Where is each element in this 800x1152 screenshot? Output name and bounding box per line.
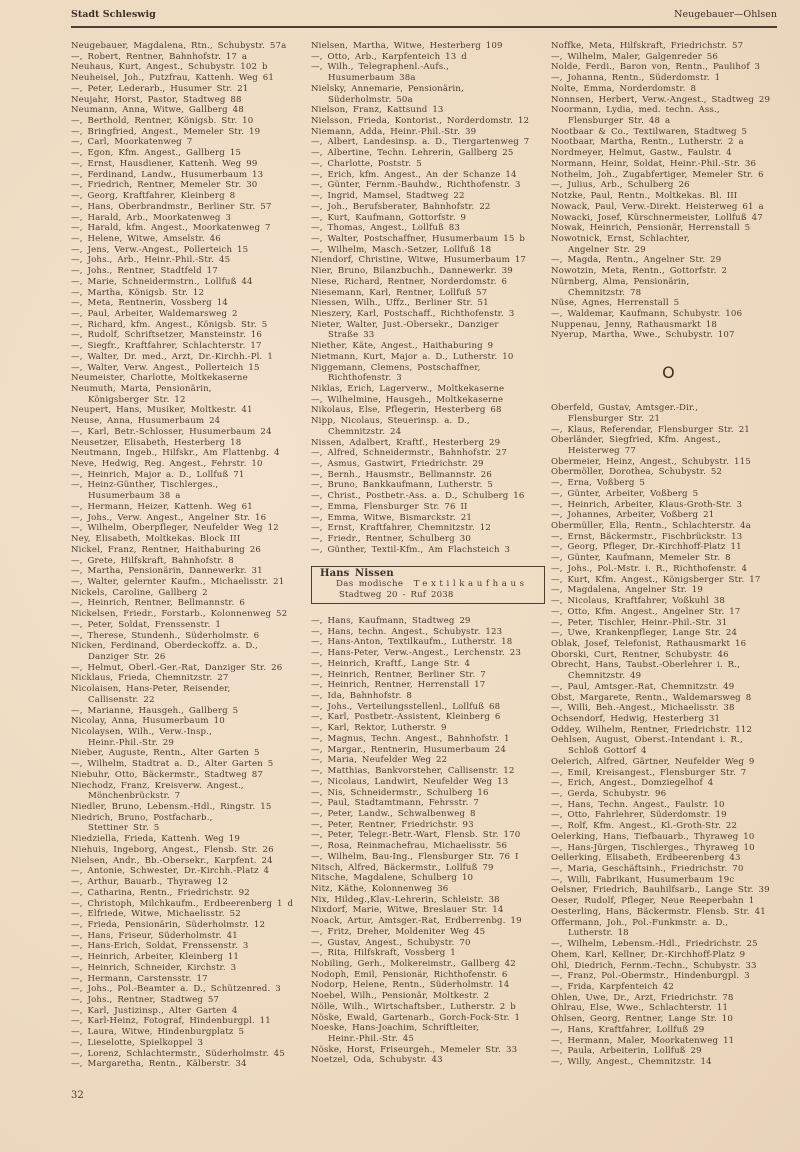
directory-entry: —, Kurt, Kaufmann, Gottorfstr. 9 bbox=[311, 213, 546, 224]
entry-text: Neusetzer, Elisabeth, Hesterberg 18 bbox=[71, 438, 241, 448]
entry-text: Nölle, Wilh., Wirtschaftsber., Lutherstr… bbox=[311, 1002, 516, 1012]
directory-entry: —, Hans-Peter, Verw.-Angest., Lerchenstr… bbox=[311, 648, 546, 659]
directory-entry: Nowack, Paul, Verw.-Direkt. Heisterweg 6… bbox=[551, 202, 786, 213]
column-3: Noffke, Meta, Hilfskraft, Friedrichstr. … bbox=[551, 41, 786, 1068]
entry-text: Oehlsen, August, Oberst.-Intendant i. R.… bbox=[551, 735, 743, 745]
directory-entry: —, Johs., Pol.-Beamter a. D., Schützenre… bbox=[71, 984, 306, 995]
entry-text: Nowacki, Josef, Kürschnermeister, Lollfu… bbox=[551, 213, 763, 223]
directory-entry: —, Emma, Flensburger Str. 76 II bbox=[311, 502, 546, 513]
directory-entry: —, Frida, Karpfenteich 42 bbox=[551, 982, 786, 993]
directory-entry: Neumeister, Charlotte, Moltkekaserne bbox=[71, 373, 306, 384]
directory-entry: —, Walter, Postschaffner, Husumerbaum 15… bbox=[311, 234, 546, 245]
ad-tagline-spaced: Textilkaufhaus bbox=[414, 579, 528, 589]
directory-entry: —, Wilhelm, Stadtrat a. D., Alter Garten… bbox=[71, 759, 306, 770]
entry-text: —, Maria, Geschäftsinh., Friedrichstr. 7… bbox=[551, 864, 744, 874]
ad-address: Stadtweg 20 - Ruf 2038 bbox=[320, 590, 538, 601]
directory-entry: —, Paula, Arbeiterin, Lollfuß 29 bbox=[551, 1046, 786, 1057]
entry-text: —, Johs., Verteilungsstellenl., Lollfuß … bbox=[311, 702, 500, 712]
entry-text: Nitsche, Magdalene, Schulberg 10 bbox=[311, 873, 473, 883]
directory-entry: —, Willy, Angest., Chemnitzstr. 14 bbox=[551, 1057, 786, 1068]
entry-text: —, Richard, kfm. Angest., Königsb. Str. … bbox=[71, 320, 267, 330]
entry-text: —, Antonie, Schwester, Dr.-Kirchh.-Platz… bbox=[71, 866, 269, 876]
directory-entry: —, Günther, Textil-Kfm., Am Flachsteich … bbox=[311, 545, 546, 556]
entry-text: —, Friedrich, Rentner, Memeler Str. 30 bbox=[71, 180, 257, 190]
entry-text: —, Georg, Kraftfahrer, Kleinberg 8 bbox=[71, 191, 235, 201]
directory-entry: —, Peter, Rentner, Friedrichstr. 93 bbox=[311, 820, 546, 831]
directory-entry: Niedler, Bruno, Lebensm.-Hdl., Ringstr. … bbox=[71, 802, 306, 813]
directory-entry: —, Nicolaus, Landwirt, Neufelder Weg 13 bbox=[311, 777, 546, 788]
entry-text: —, Willy, Angest., Chemnitzstr. 14 bbox=[551, 1057, 712, 1067]
entry-text: —, Emil, Kreisangest., Flensburger Str. … bbox=[551, 768, 746, 778]
entry-text: —, Walter, Verw. Angest., Pollerteich 15 bbox=[71, 363, 260, 373]
directory-entry: Oeser, Rudolf, Pfleger, Neue Reeperbahn … bbox=[551, 896, 786, 907]
entry-text: —, Walter, Dr. med., Arzt, Dr.-Kirchh.-P… bbox=[71, 352, 273, 362]
entry-text: —, Peter, Telegr.-Betr.-Wart, Flensb. St… bbox=[311, 830, 520, 840]
directory-entry: Neujahr, Horst, Pastor, Stadtweg 88 bbox=[71, 95, 306, 106]
entry-text: —, Hermann, Heizer, Kattenh. Weg 61 bbox=[71, 502, 253, 512]
directory-entry: —, Walter, Verw. Angest., Pollerteich 15 bbox=[71, 363, 306, 374]
directory-entry: Nickels, Caroline, Gallberg 2 bbox=[71, 588, 306, 599]
directory-entry: Niebuhr, Otto, Bäckermstr., Stadtweg 87 bbox=[71, 770, 306, 781]
directory-entry: Niemann, Adda, Heinr.-Phil.-Str. 39 bbox=[311, 127, 546, 138]
directory-entry: Niether, Käte, Angest., Haithaburing 9 bbox=[311, 341, 546, 352]
entry-text: Neupert, Hans, Musiker, Moltkestr. 41 bbox=[71, 405, 253, 415]
entry-text: Oelerich, Alfred, Gärtner, Neufelder Weg… bbox=[551, 757, 755, 767]
entry-text: Niedziella, Frieda, Kattenh. Weg 19 bbox=[71, 834, 240, 844]
directory-entry: —, Thomas, Angest., Lollfuß 83 bbox=[311, 223, 546, 234]
entry-text: —, Johs., Rentner, Stadtweg 57 bbox=[71, 995, 219, 1005]
entry-text: Nielsen, Martha, Witwe, Hesterberg 109 bbox=[311, 41, 503, 51]
entry-text: —, Paul, Arbeiter, Waldemarsweg 2 bbox=[71, 309, 238, 319]
directory-entry: Nissen, Adalbert, Kraftf., Hesterberg 29 bbox=[311, 438, 546, 449]
entry-continuation: Danziger Str. 26 bbox=[71, 652, 306, 663]
entry-text: —, Hans, Kraftfahrer, Lollfuß 29 bbox=[551, 1025, 704, 1035]
directory-entry: Oehlsen, August, Oberst.-Intendant i. R.… bbox=[551, 735, 786, 756]
directory-entry: —, Marie, Schneidermstrn., Lollfuß 44 bbox=[71, 277, 306, 288]
directory-entry: Nolte, Emma, Norderdomstr. 8 bbox=[551, 84, 786, 95]
entry-text: —, Otto, Kfm. Angest., Angelner Str. 17 bbox=[551, 607, 741, 617]
entry-text: Nürnberg, Alma, Pensionärin, bbox=[551, 277, 689, 287]
entry-text: Obst, Margarete, Rentn., Waldemarsweg 8 bbox=[551, 693, 751, 703]
directory-entry: —, Wilhelm, Maler, Galgenreder 56 bbox=[551, 52, 786, 63]
directory-entry: Niechodz, Franz, Kreisverw. Angest.,Mönc… bbox=[71, 781, 306, 802]
directory-entry: —, Heinrich, Rentner, Berliner Str. 7 bbox=[311, 670, 546, 681]
entry-continuation: Richthofenstr. 3 bbox=[311, 373, 546, 384]
directory-entry: Noebel, Wilh., Pensionär, Moltkestr. 2 bbox=[311, 991, 546, 1002]
entry-text: —, Rolf, Kfm. Angest., Kl.-Groth-Str. 22 bbox=[551, 821, 737, 831]
directory-entry: —, Ingrid, Mamsel, Stadtweg 22 bbox=[311, 191, 546, 202]
entry-text: Noebel, Wilh., Pensionär, Moltkestr. 2 bbox=[311, 991, 489, 1001]
directory-entry: Nieber, Auguste, Rentn., Alter Garten 5 bbox=[71, 748, 306, 759]
entry-text: Obermüller, Ella, Rentn., Schlachterstr.… bbox=[551, 521, 751, 531]
directory-entry: —, Richard, kfm. Angest., Königsb. Str. … bbox=[71, 320, 306, 331]
entry-text: Ohlen, Uwe, Dr., Arzt, Friedrichstr. 78 bbox=[551, 993, 733, 1003]
entry-continuation: Lutherstr. 18 bbox=[551, 928, 786, 939]
entry-list: Oberfeld, Gustav, Amtsger.-Dir.,Flensbur… bbox=[551, 403, 786, 1068]
directory-entry: —, Uwe, Krankenpfleger, Lange Str. 24 bbox=[551, 628, 786, 639]
entry-text: Nixdorf, Marie, Witwe, Breslauer Str. 14 bbox=[311, 905, 504, 915]
entry-text: Nicklaus, Frieda, Chemnitzstr. 27 bbox=[71, 673, 229, 683]
directory-entry: —, Heinrich, Rentner, Bellmannstr. 6 bbox=[71, 598, 306, 609]
entry-text: Nickel, Franz, Rentner, Haithaburing 26 bbox=[71, 545, 261, 555]
directory-entry: —, Emil, Kreisangest., Flensburger Str. … bbox=[551, 768, 786, 779]
entry-text: Neumann, Anna, Witwe, Gallberg 48 bbox=[71, 105, 244, 115]
directory-entry: —, Jens, Verw.-Angest., Pollerteich 15 bbox=[71, 245, 306, 256]
entry-text: Nietmann, Kurt, Major a. D., Lutherstr. … bbox=[311, 352, 514, 362]
entry-text: —, Peter, Rentner, Friedrichstr. 93 bbox=[311, 820, 474, 830]
directory-entry: —, Georg, Pfleger, Dr.-Kirchhoff-Platz 1… bbox=[551, 542, 786, 553]
header-rule bbox=[71, 26, 777, 28]
directory-entry: Nieszery, Karl, Postschaff., Richthofens… bbox=[311, 309, 546, 320]
entry-text: Nielsson, Frieda, Kontorist., Norderdoms… bbox=[311, 116, 529, 126]
directory-entry: Nielsky, Annemarie, Pensionärin,Süderhol… bbox=[311, 84, 546, 105]
directory-entry: —, Wilhelm, Oberpfleger, Neufelder Weg 1… bbox=[71, 523, 306, 534]
directory-entry: —, Friedr., Rentner, Schulberg 30 bbox=[311, 534, 546, 545]
directory-entry: —, Ferdinand, Landw., Husumerbaum 13 bbox=[71, 170, 306, 181]
entry-text: —, Wilhelm, Masch.-Setzer, Lollfuß 18 bbox=[311, 245, 491, 255]
directory-entry: —, Laura, Witwe, Hindenburgplatz 5 bbox=[71, 1027, 306, 1038]
directory-entry: Nothelm, Joh., Zugabfertiger, Memeler St… bbox=[551, 170, 786, 181]
entry-text: Nicolaysen, Wilh., Verw.-Insp., bbox=[71, 727, 212, 737]
entry-text: —, Johs., Arb., Heinr.-Phil.-Str. 45 bbox=[71, 255, 230, 265]
directory-entry: Oelsner, Friedrich, Bauhilfsarb., Lange … bbox=[551, 885, 786, 896]
entry-continuation: Straße 33 bbox=[311, 330, 546, 341]
directory-entry: —, Joh., Berufsberater, Bahnhofstr. 22 bbox=[311, 202, 546, 213]
directory-entry: —, Karl, Betr.-Schlosser, Husumerbaum 24 bbox=[71, 427, 306, 438]
directory-entry: —, Julius, Arb., Schulberg 26 bbox=[551, 180, 786, 191]
directory-entry: —, Grete, Hilfskraft, Bahnhofstr. 8 bbox=[71, 556, 306, 567]
entry-text: —, Günter, Arbeiter, Voßberg 5 bbox=[551, 489, 698, 499]
entry-text: —, Hans, Techn. Angest., Faulstr. 10 bbox=[551, 800, 725, 810]
directory-entry: —, Frieda, Pensionärin, Süderholmstr. 12 bbox=[71, 920, 306, 931]
entry-text: Nowotzin, Meta, Rentn., Gottorfstr. 2 bbox=[551, 266, 727, 276]
directory-entry: —, Hermann, Heizer, Kattenh. Weg 61 bbox=[71, 502, 306, 513]
header-city: Stadt Schleswig bbox=[71, 9, 156, 20]
entry-text: Normann, Heinr, Soldat, Heinr.-Phil.-Str… bbox=[551, 159, 756, 169]
entry-text: —, Emma, Witwe, Bismarckstr. 21 bbox=[311, 513, 472, 523]
entry-text: —, Peter, Tischler, Heinr.-Phil.-Str. 31 bbox=[551, 618, 727, 628]
directory-entry: —, Marianne, Hausgeh., Gallberg 5 bbox=[71, 706, 306, 717]
directory-entry: —, Harald, kfm. Angest., Moorkatenweg 7 bbox=[71, 223, 306, 234]
entry-text: Nothelm, Joh., Zugabfertiger, Memeler St… bbox=[551, 170, 764, 180]
entry-text: —, Georg, Pfleger, Dr.-Kirchhoff-Platz 1… bbox=[551, 542, 742, 552]
directory-entry: —, Fritz, Dreher, Moldeniter Weg 45 bbox=[311, 927, 546, 938]
directory-entry: Niggemann, Clemens, Postschaffner,Richth… bbox=[311, 363, 546, 384]
entry-text: —, Peter, Lederarb., Husumer Str. 21 bbox=[71, 84, 248, 94]
directory-entry: Nodorp, Helene, Rentn., Süderholmstr. 14 bbox=[311, 980, 546, 991]
entry-text: —, Helene, Witwe, Amselstr. 46 bbox=[71, 234, 221, 244]
directory-entry: Ohlen, Uwe, Dr., Arzt, Friedrichstr. 78 bbox=[551, 993, 786, 1004]
entry-text: —, Wilhelm, Oberpfleger, Neufelder Weg 1… bbox=[71, 523, 279, 533]
directory-entry: —, Hermann, Carstensstr. 17 bbox=[71, 974, 306, 985]
directory-entry: Obrecht, Hans, Taubst.-Oberlehrer i. R.,… bbox=[551, 660, 786, 681]
entry-text: Neve, Hedwig, Reg. Angest., Fehrstr. 10 bbox=[71, 459, 263, 469]
directory-entry: Niehuis, Ingeborg, Angest., Flensb. Str.… bbox=[71, 845, 306, 856]
directory-entry: —, Hans, Friseur, Süderholmstr. 41 bbox=[71, 931, 306, 942]
entry-text: —, Wilhelmine, Hausgeh., Moltkekaserne bbox=[311, 395, 503, 405]
directory-entry: —, Karl, Justizinsp., Alter Garten 4 bbox=[71, 1006, 306, 1017]
directory-entry: Neusetzer, Elisabeth, Hesterberg 18 bbox=[71, 438, 306, 449]
entry-text: —, Margaretha, Rentn., Kälberstr. 34 bbox=[71, 1059, 247, 1069]
directory-entry: —, Wilhelm, Lebensm.-Hdl., Friedrichstr.… bbox=[551, 939, 786, 950]
directory-entry: —, Otto, Fahrlehrer, Süderdomstr. 19 bbox=[551, 810, 786, 821]
entry-text: —, Hans, Friseur, Süderholmstr. 41 bbox=[71, 931, 238, 941]
directory-entry: —, Karl, Postbetr.-Assistent, Kleinberg … bbox=[311, 712, 546, 723]
directory-entry: —, Walter, Dr. med., Arzt, Dr.-Kirchh.-P… bbox=[71, 352, 306, 363]
directory-entry: Neutmann, Ingeb., Hilfskr., Am Flattenbg… bbox=[71, 448, 306, 459]
entry-text: Oelsner, Friedrich, Bauhilfsarb., Lange … bbox=[551, 885, 770, 895]
directory-entry: —, Hans, Techn. Angest., Faulstr. 10 bbox=[551, 800, 786, 811]
directory-entry: —, Bruno, Bankkaufmann, Lutherstr. 5 bbox=[311, 480, 546, 491]
directory-entry: Neumann, Anna, Witwe, Gallberg 48 bbox=[71, 105, 306, 116]
directory-entry: —, Wilhelm, Masch.-Setzer, Lollfuß 18 bbox=[311, 245, 546, 256]
entry-text: —, Peter, Landw., Schwalbenweg 8 bbox=[311, 809, 476, 819]
directory-entry: —, Carl, Moorkatenweg 7 bbox=[71, 137, 306, 148]
entry-text: —, Johs., Verw. Angest., Angelner Str. 1… bbox=[71, 513, 266, 523]
entry-text: Niedler, Bruno, Lebensm.-Hdl., Ringstr. … bbox=[71, 802, 271, 812]
entry-continuation: Chemnitzstr. 78 bbox=[551, 288, 786, 299]
entry-continuation: Mönchenbrückstr. 7 bbox=[71, 791, 306, 802]
entry-text: Ohem, Karl, Kellner, Dr.-Kirchhoff-Platz… bbox=[551, 950, 745, 960]
entry-text: —, Wilhelm, Stadtrat a. D., Alter Garten… bbox=[71, 759, 273, 769]
directory-entry: —, Antonie, Schwester, Dr.-Kirchh.-Platz… bbox=[71, 866, 306, 877]
directory-entry: —, Maria, Geschäftsinh., Friedrichstr. 7… bbox=[551, 864, 786, 875]
directory-entry: —, Hans, techn. Angest., Schubystr. 123 bbox=[311, 627, 546, 638]
entry-text: —, Karl-Heinz, Fotograf, Hindenburgpl. 1… bbox=[71, 1016, 271, 1026]
directory-entry: —, Lieselotte, Spielkoppel 3 bbox=[71, 1038, 306, 1049]
entry-text: Niklas, Erich, Lagerverw., Moltkekaserne bbox=[311, 384, 504, 394]
entry-text: Ohlrau, Else, Wwe., Schlachterstr. 11 bbox=[551, 1003, 728, 1013]
directory-entry: Nöske, Horst, Friseurgeh., Memeler Str. … bbox=[311, 1045, 546, 1056]
directory-entry: —, Otto, Kfm. Angest., Angelner Str. 17 bbox=[551, 607, 786, 618]
directory-entry: Obst, Margarete, Rentn., Waldemarsweg 8 bbox=[551, 693, 786, 704]
entry-text: Nonnsen, Herbert, Verw.-Angest., Stadtwe… bbox=[551, 95, 770, 105]
entry-text: —, Wilhelm, Bau-Ing., Flensburger Str. 7… bbox=[311, 852, 519, 862]
entry-text: —, Friedr., Rentner, Schulberg 30 bbox=[311, 534, 471, 544]
entry-text: Noeske, Hans-Joachim, Schriftleiter, bbox=[311, 1023, 479, 1033]
directory-entry: —, Johannes, Arbeiter, Voßberg 21 bbox=[551, 510, 786, 521]
entry-text: —, Marianne, Hausgeh., Gallberg 5 bbox=[71, 706, 238, 716]
directory-entry: Niessen, Wilh., Uffz., Berliner Str. 51 bbox=[311, 298, 546, 309]
entry-text: —, Berthold, Rentner, Königsb. Str. 10 bbox=[71, 116, 253, 126]
directory-entry: Noffke, Meta, Hilfskraft, Friedrichstr. … bbox=[551, 41, 786, 52]
entry-text: —, Ingrid, Mamsel, Stadtweg 22 bbox=[311, 191, 465, 201]
directory-entry: Neumuth, Marta, Pensionärin,Königsberger… bbox=[71, 384, 306, 405]
directory-entry: —, Johanna, Rentn., Süderdomstr. 1 bbox=[551, 73, 786, 84]
entry-text: Niessen, Wilh., Uffz., Berliner Str. 51 bbox=[311, 298, 489, 308]
directory-entry: —, Hermann, Maler, Moorkatenweg 11 bbox=[551, 1036, 786, 1047]
ad-business-name: Hans Nissen bbox=[320, 569, 538, 580]
entry-text: Niendorf, Christine, Witwe, Husumerbaum … bbox=[311, 255, 526, 265]
entry-text: —, Magdalena, Angelner Str. 19 bbox=[551, 585, 703, 595]
directory-entry: —, Lorenz, Schlachtermstr., Süderholmstr… bbox=[71, 1049, 306, 1060]
directory-entry: Nootbaar, Martha, Rentn., Lutherstr. 2 a bbox=[551, 137, 786, 148]
entry-text: —, Ernst, Bäckermstr., Fischbrückstr. 13 bbox=[551, 532, 742, 542]
directory-entry: Oellerking, Elisabeth, Erdbeerenberg 43 bbox=[551, 853, 786, 864]
entry-text: —, Albertine, Techn. Lehrerin, Gallberg … bbox=[311, 148, 514, 158]
directory-entry: —, Peter, Tischler, Heinr.-Phil.-Str. 31 bbox=[551, 618, 786, 629]
entry-text: Nieszery, Karl, Postschaff., Richthofens… bbox=[311, 309, 514, 319]
entry-text: Oblak, Josef, Telefonist, Rathausmarkt 1… bbox=[551, 639, 746, 649]
directory-entry: —, Hans, Kraftfahrer, Lollfuß 29 bbox=[551, 1025, 786, 1036]
directory-entry: Nicken, Ferdinand, Oberdeckoffz. a. D.,D… bbox=[71, 641, 306, 662]
entry-text: —, Heinrich, Schneider, Kirchstr. 3 bbox=[71, 963, 236, 973]
directory-entry: Nowak, Heinrich, Pensionär, Herrenstall … bbox=[551, 223, 786, 234]
entry-text: Nootbaar, Martha, Rentn., Lutherstr. 2 a bbox=[551, 137, 744, 147]
directory-entry: Neupert, Hans, Musiker, Moltkestr. 41 bbox=[71, 405, 306, 416]
directory-entry: —, Günter, Fernm.-Bauhdw., Richthofenstr… bbox=[311, 180, 546, 191]
entry-text: —, Walter, gelernter Kaufm., Michaelisst… bbox=[71, 577, 284, 587]
entry-text: —, Karl, Betr.-Schlosser, Husumerbaum 24 bbox=[71, 427, 272, 437]
entry-continuation: Husumerbaum 38a bbox=[311, 73, 546, 84]
directory-entry: —, Arthur, Bauarb., Thyraweg 12 bbox=[71, 877, 306, 888]
entry-text: —, Magda, Rentn., Angelner Str. 29 bbox=[551, 255, 721, 265]
entry-text: —, Paul, Amtsger.-Rat, Chemnitzstr. 49 bbox=[551, 682, 734, 692]
entry-text: —, Bringfried, Angest., Memeler Str. 19 bbox=[71, 127, 260, 137]
entry-text: —, Asmus, Gastwirt, Friedrichstr. 29 bbox=[311, 459, 484, 469]
directory-entry: —, Johs., Arb., Heinr.-Phil.-Str. 45 bbox=[71, 255, 306, 266]
directory-entry: Nöske, Ewald, Gartenarb., Gorch-Fock-Str… bbox=[311, 1013, 546, 1024]
directory-entry: —, Heinrich, Rentner, Herrenstall 17 bbox=[311, 680, 546, 691]
column-1: Neugebauer, Magdalena, Rtn., Schubystr. … bbox=[71, 41, 306, 1070]
directory-entry: —, Matthias, Bankvorsteher, Callisenstr.… bbox=[311, 766, 546, 777]
entry-text: —, Paul, Stadtamtmann, Fehrsstr. 7 bbox=[311, 798, 479, 808]
entry-text: —, Harald, Arb., Moorkatenweg 3 bbox=[71, 213, 231, 223]
directory-entry: Normann, Heinr, Soldat, Heinr.-Phil.-Str… bbox=[551, 159, 786, 170]
directory-entry: Noeske, Hans-Joachim, Schriftleiter,Hein… bbox=[311, 1023, 546, 1044]
directory-entry: —, Friedrich, Rentner, Memeler Str. 30 bbox=[71, 180, 306, 191]
directory-entry: —, Wilhelm, Bau-Ing., Flensburger Str. 7… bbox=[311, 852, 546, 863]
directory-entry: —, Rolf, Kfm. Angest., Kl.-Groth-Str. 22 bbox=[551, 821, 786, 832]
directory-entry: Neuheisel, Joh., Putzfrau, Kattenh. Weg … bbox=[71, 73, 306, 84]
entry-text: Ochsendorf, Hedwig, Hesterberg 31 bbox=[551, 714, 720, 724]
entry-text: Niedrich, Bruno, Postfacharb., bbox=[71, 813, 212, 823]
entry-text: —, Hans, techn. Angest., Schubystr. 123 bbox=[311, 627, 502, 637]
directory-entry: Ohlrau, Else, Wwe., Schlachterstr. 11 bbox=[551, 1003, 786, 1014]
directory-entry: Nicolay, Anna, Husumerbaum 10 bbox=[71, 716, 306, 727]
entry-text: —, Margar., Rentnerin, Husumerbaum 24 bbox=[311, 745, 506, 755]
directory-entry: —, Paul, Stadtamtmann, Fehrsstr. 7 bbox=[311, 798, 546, 809]
directory-entry: Nowotzin, Meta, Rentn., Gottorfstr. 2 bbox=[551, 266, 786, 277]
entry-text: Ohlsen, Georg, Rentner, Lange Str. 10 bbox=[551, 1014, 733, 1024]
entry-text: Nicken, Ferdinand, Oberdeckoffz. a. D., bbox=[71, 641, 258, 651]
entry-continuation: Heinr.-Phil.-Str. 45 bbox=[311, 1034, 546, 1045]
directory-entry: —, Siegfr., Kraftfahrer, Schlachterstr. … bbox=[71, 341, 306, 352]
entry-text: Nier, Bruno, Bilanzbuchh., Dannewerkr. 3… bbox=[311, 266, 513, 276]
entry-text: —, Meta, Rentnerin, Vossberg 14 bbox=[71, 298, 228, 308]
entry-text: —, Maria, Neufelder Weg 22 bbox=[311, 755, 447, 765]
directory-entry: —, Johs., Pol.-Mstr. i. R., Richthofenst… bbox=[551, 564, 786, 575]
entry-text: Nickels, Caroline, Gallberg 2 bbox=[71, 588, 208, 598]
directory-entry: —, Alfred, Schneidermstr., Bahnhofstr. 2… bbox=[311, 448, 546, 459]
directory-entry: Nikolaus, Else, Pflegerin, Hesterberg 68 bbox=[311, 405, 546, 416]
directory-entry: —, Martha, Pensionärin, Dannewerkr. 31 bbox=[71, 566, 306, 577]
directory-entry: Notzke, Paul, Rentn., Moltkekas. Bl. III bbox=[551, 191, 786, 202]
directory-entry: —, Charlotte, Poststr. 5 bbox=[311, 159, 546, 170]
directory-entry: —, Erna, Voßberg 5 bbox=[551, 478, 786, 489]
entry-text: Niehuis, Ingeborg, Angest., Flensb. Str.… bbox=[71, 845, 274, 855]
directory-entry: —, Meta, Rentnerin, Vossberg 14 bbox=[71, 298, 306, 309]
directory-entry: —, Johs., Verw. Angest., Angelner Str. 1… bbox=[71, 513, 306, 524]
directory-entry: —, Hans-Anton, Textilkaufm., Lutherstr. … bbox=[311, 637, 546, 648]
entry-text: —, Bruno, Bankkaufmann, Lutherstr. 5 bbox=[311, 480, 493, 490]
entry-text: —, Julius, Arb., Schulberg 26 bbox=[551, 180, 690, 190]
entry-text: —, Egon, Kfm. Angest., Gallberg 15 bbox=[71, 148, 241, 158]
entry-text: —, Johs., Rentner, Stadtfeld 17 bbox=[71, 266, 218, 276]
entry-text: —, Rita, Hilfskraft, Vossberg 1 bbox=[311, 948, 456, 958]
directory-entry: Obermöller, Dorothea, Schubystr. 52 bbox=[551, 467, 786, 478]
entry-text: —, Wilh., Telegraphenl.-Aufs., bbox=[311, 62, 449, 72]
entry-text: —, Ida, Bahnhofstr. 8 bbox=[311, 691, 412, 701]
entry-text: Nieber, Auguste, Rentn., Alter Garten 5 bbox=[71, 748, 260, 758]
entry-text: —, Fritz, Dreher, Moldeniter Weg 45 bbox=[311, 927, 485, 937]
entry-text: —, Heinrich, Kraftf., Lange Str. 4 bbox=[311, 659, 470, 669]
directory-entry: —, Ernst, Hausdiener, Kattenh. Weg 99 bbox=[71, 159, 306, 170]
directory-entry: Neugebauer, Magdalena, Rtn., Schubystr. … bbox=[71, 41, 306, 52]
directory-entry: —, Willi, Fabrikant, Husumerbaum 19c bbox=[551, 875, 786, 886]
entry-text: Oberländer, Siegfried, Kfm. Angest., bbox=[551, 435, 721, 445]
directory-entry: Oesterling, Hans, Bäckermstr. Flensb. St… bbox=[551, 907, 786, 918]
directory-entry: Nicolaisen, Hans-Peter, Reisender,Callis… bbox=[71, 684, 306, 705]
directory-entry: —, Karl, Rektor, Lutherstr. 9 bbox=[311, 723, 546, 734]
directory-entry: Nowacki, Josef, Kürschnermeister, Lollfu… bbox=[551, 213, 786, 224]
directory-entry: —, Nicolaus, Kraftfahrer, Voßkuhl 38 bbox=[551, 596, 786, 607]
entry-text: —, Martha, Königsb. Str. 12 bbox=[71, 288, 204, 298]
entry-list: Nielsen, Martha, Witwe, Hesterberg 109—,… bbox=[311, 41, 546, 556]
section-letter: O bbox=[551, 363, 786, 383]
directory-entry: Neuhaus, Kurt, Angest., Schubystr. 102 b bbox=[71, 62, 306, 73]
directory-entry: —, Christoph, Milchkaufm., Erdbeerenberg… bbox=[71, 899, 306, 910]
directory-entry: Niendorf, Christine, Witwe, Husumerbaum … bbox=[311, 255, 546, 266]
directory-entry: —, Walter, gelernter Kaufm., Michaelisst… bbox=[71, 577, 306, 588]
directory-entry: Nitsch, Alfred, Bäckermstr., Lollfuß 79 bbox=[311, 863, 546, 874]
entry-text: —, Walter, Postschaffner, Husumerbaum 15… bbox=[311, 234, 525, 244]
entry-text: —, Erich, kfm. Angest., An der Schanze 1… bbox=[311, 170, 517, 180]
entry-text: —, Ernst, Hausdiener, Kattenh. Weg 99 bbox=[71, 159, 257, 169]
entry-continuation: Husumerbaum 38 a bbox=[71, 491, 306, 502]
entry-text: —, Günter, Fernm.-Bauhdw., Richthofenstr… bbox=[311, 180, 521, 190]
entry-text: —, Karl, Postbetr.-Assistent, Kleinberg … bbox=[311, 712, 501, 722]
entry-text: Neugebauer, Magdalena, Rtn., Schubystr. … bbox=[71, 41, 286, 51]
directory-entry: Nixdorf, Marie, Witwe, Breslauer Str. 14 bbox=[311, 905, 546, 916]
entry-text: Oellerking, Elisabeth, Erdbeerenberg 43 bbox=[551, 853, 741, 863]
directory-entry: Oelerich, Alfred, Gärtner, Neufelder Weg… bbox=[551, 757, 786, 768]
entry-text: —, Ferdinand, Landw., Husumerbaum 13 bbox=[71, 170, 263, 180]
directory-entry: Noormann, Lydia, med. techn. Ass.,Flensb… bbox=[551, 105, 786, 126]
directory-entry: —, Rudolf, Schriftsetzer, Mansteinstr. 1… bbox=[71, 330, 306, 341]
entry-text: —, Helmut, Oberl.-Ger.-Rat, Danziger Str… bbox=[71, 663, 282, 673]
entry-text: —, Willi, Beh.-Angest., Michaelisstr. 38 bbox=[551, 703, 735, 713]
entry-text: —, Arthur, Bauarb., Thyraweg 12 bbox=[71, 877, 228, 887]
entry-text: —, Nis, Schneidermstr., Schulberg 16 bbox=[311, 788, 489, 798]
entry-text: Nodorp, Helene, Rentn., Süderholmstr. 14 bbox=[311, 980, 509, 990]
entry-text: Niesemann, Karl, Rentner, Lollfuß 57 bbox=[311, 288, 487, 298]
entry-text: —, Peter, Soldat, Frenssenstr. 1 bbox=[71, 620, 221, 630]
directory-entry: Nicklaus, Frieda, Chemnitzstr. 27 bbox=[71, 673, 306, 684]
entry-text: Oborski, Curt, Rentner, Schubystr. 46 bbox=[551, 650, 729, 660]
directory-entry: —, Hans, Kaufmann, Stadtweg 29 bbox=[311, 616, 546, 627]
directory-entry: Nielsen, Andr., Bb.-Obersekr., Karpfent.… bbox=[71, 856, 306, 867]
directory-entry: —, Heinrich, Major a. D., Lollfuß 71 bbox=[71, 470, 306, 481]
entry-text: Nodoph, Emil, Pensionär, Richthofenstr. … bbox=[311, 970, 508, 980]
directory-entry: —, Robert, Rentner, Bahnhofstr. 17 a bbox=[71, 52, 306, 63]
directory-entry: —, Franz, Pol.-Obermstr., Hindenburgpl. … bbox=[551, 971, 786, 982]
entry-text: Nickelsen, Friedr., Forstarb., Kolonnenw… bbox=[71, 609, 287, 619]
entry-text: —, Lieselotte, Spielkoppel 3 bbox=[71, 1038, 203, 1048]
entry-text: Nieter, Walter, Just.-Obersekr., Danzige… bbox=[311, 320, 499, 330]
directory-entry: —, Maria, Neufelder Weg 22 bbox=[311, 755, 546, 766]
directory-entry: —, Christ., Postbetr.-Ass. a. D., Schulb… bbox=[311, 491, 546, 502]
